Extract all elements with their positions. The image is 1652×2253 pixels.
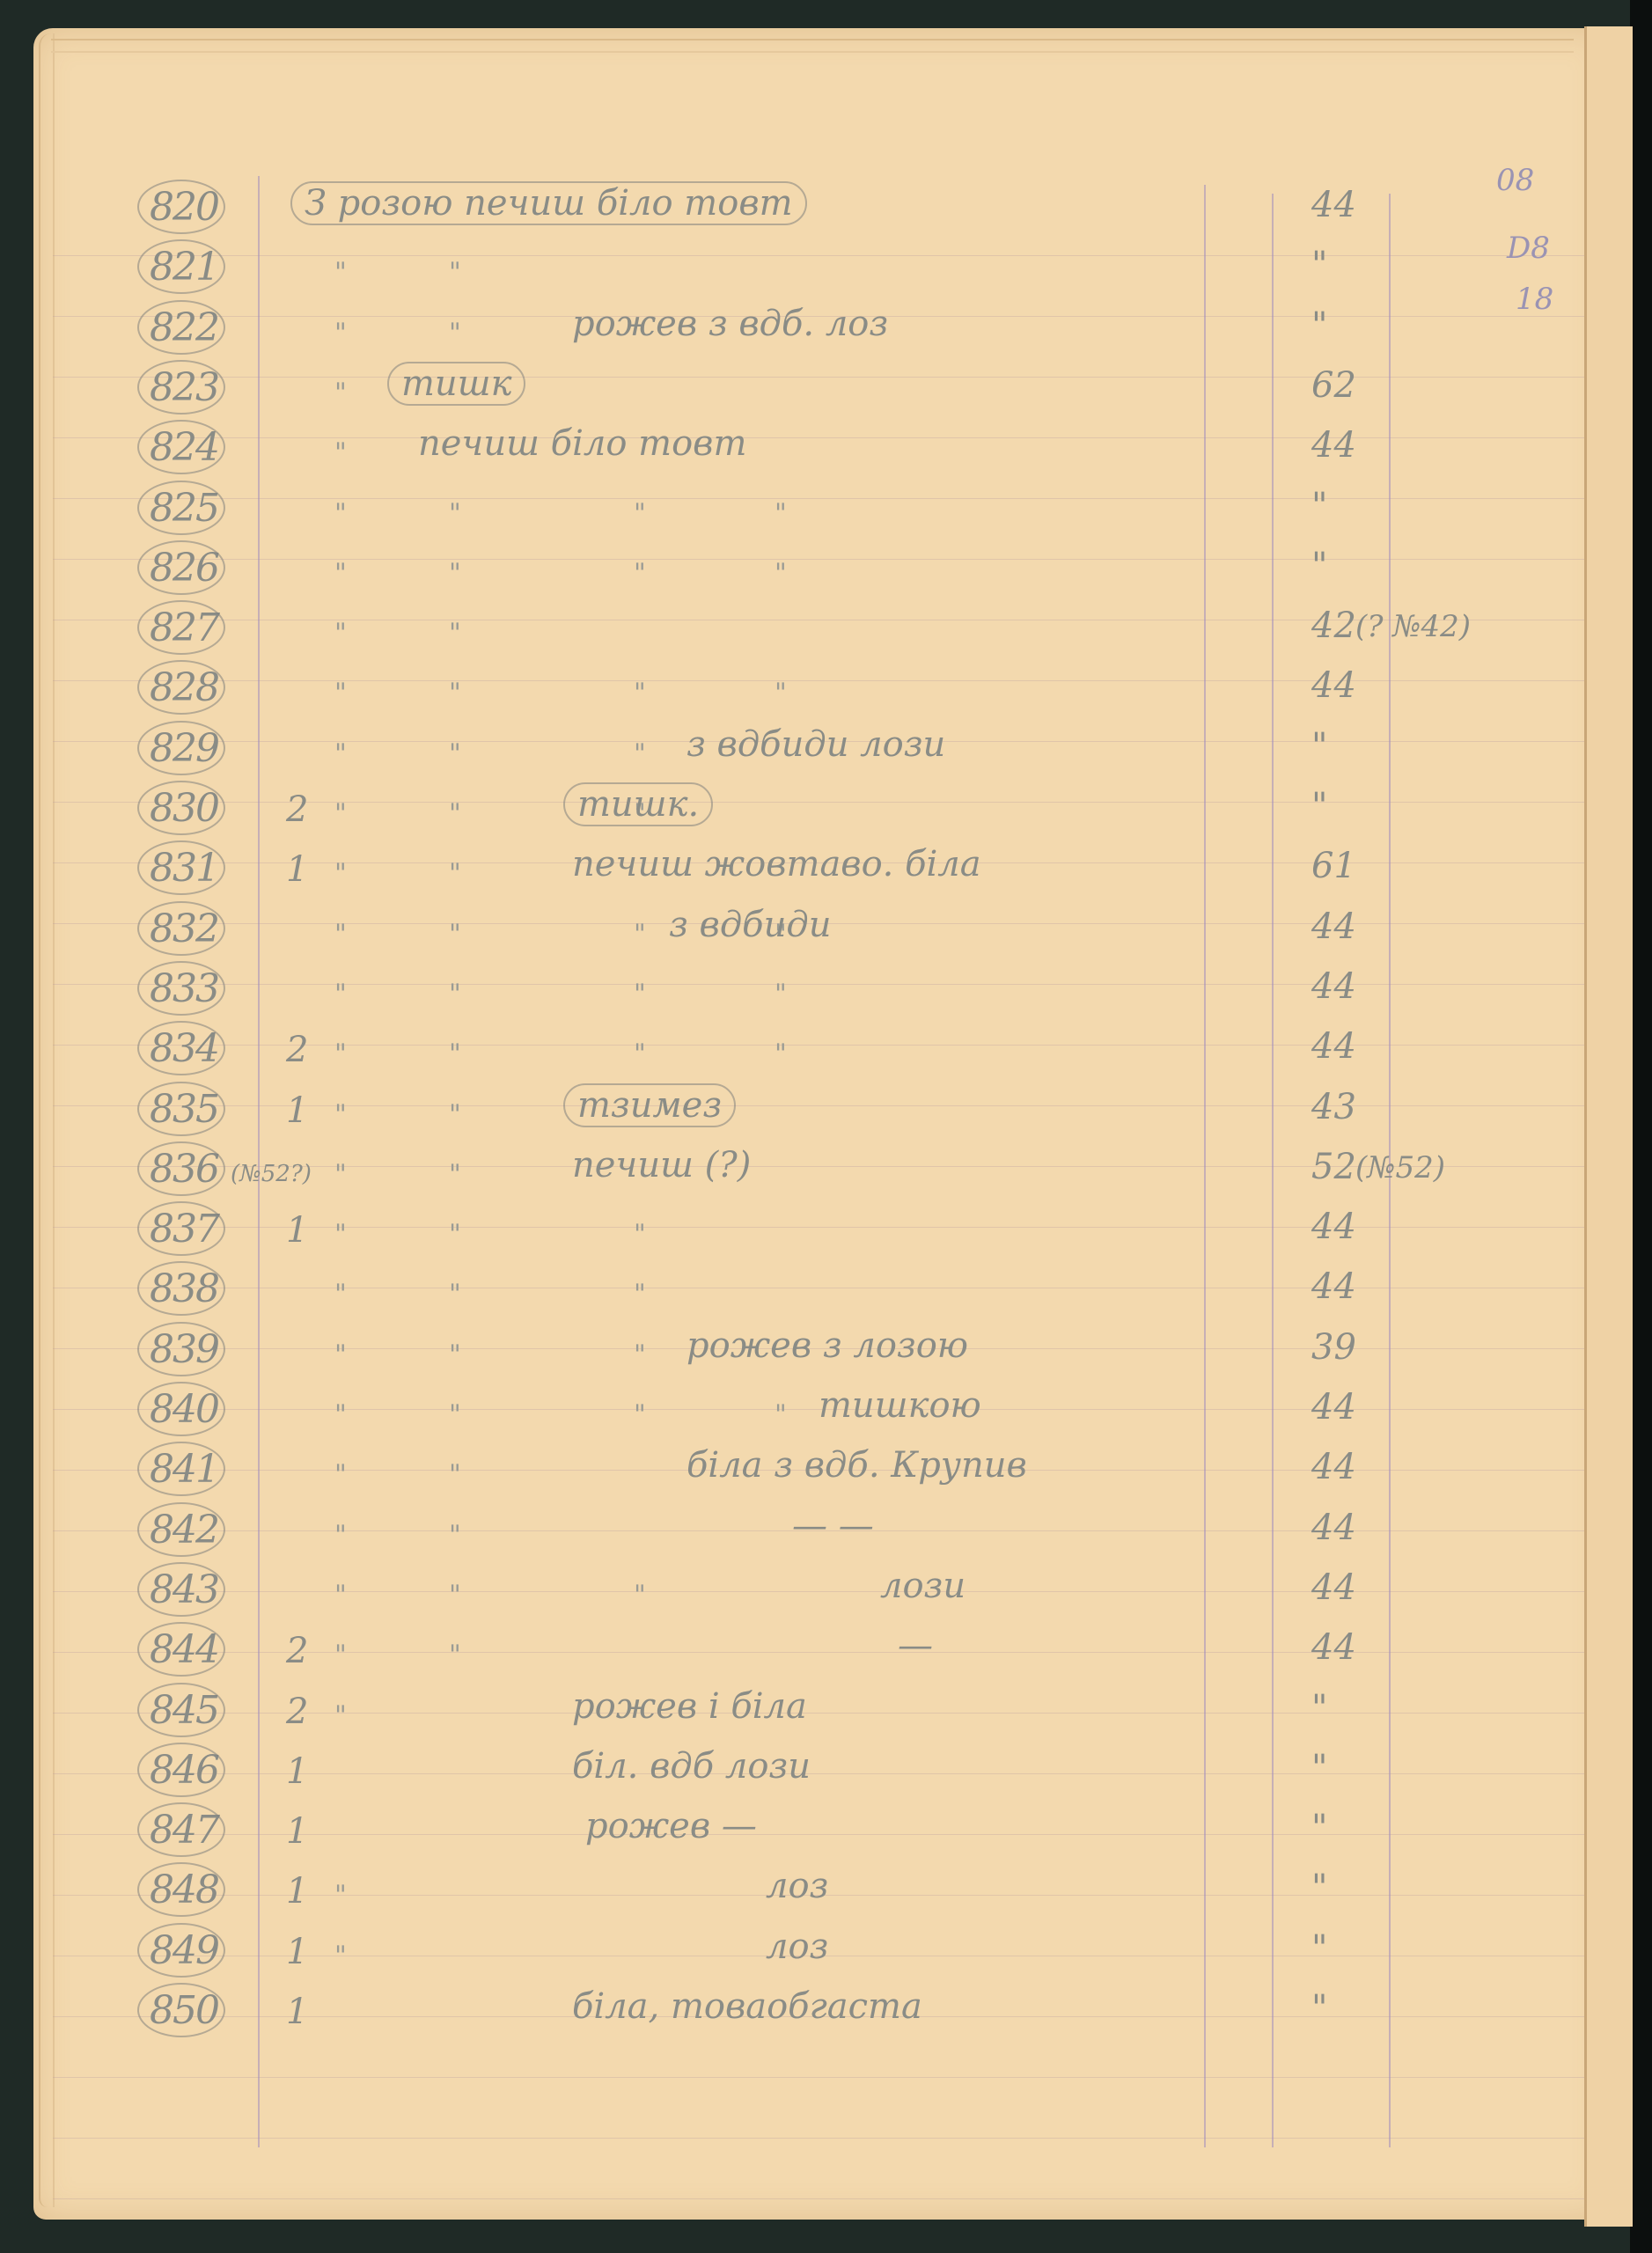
entry-value: 44	[1311, 906, 1356, 947]
entry-value: 44	[1311, 1207, 1356, 1247]
entry-number: 827	[150, 605, 218, 650]
ditto-mark: "	[334, 1038, 347, 1069]
entry-value: 44	[1311, 425, 1356, 466]
number-circle	[137, 1382, 225, 1436]
entry-description: —	[898, 1626, 933, 1666]
description-text: рожев і біла	[572, 1686, 807, 1727]
number-circle	[137, 1442, 225, 1496]
quantity: (№52?)	[231, 1161, 312, 1187]
ditto-mark: "	[449, 1520, 461, 1551]
entry-value: "	[1311, 1988, 1327, 2029]
ditto-mark: "	[449, 1038, 461, 1069]
description-text: печиш біло товт	[418, 423, 746, 464]
ditto-mark: "	[334, 858, 347, 889]
ditto-mark: "	[634, 738, 646, 769]
ditto-mark: "	[634, 558, 646, 589]
ditto-mark: "	[449, 678, 461, 708]
ditto-mark: "	[634, 1279, 646, 1310]
quantity: 1	[286, 849, 308, 890]
ditto-mark: "	[634, 498, 646, 529]
margin-mark: 08	[1496, 163, 1534, 198]
entry-value: "	[1311, 726, 1327, 767]
entry-description: З розою печиш біло товт	[290, 183, 807, 224]
ditto-mark: "	[334, 678, 347, 708]
entry-number: 835	[150, 1087, 218, 1132]
ditto-mark: "	[334, 378, 347, 408]
entry-number: 841	[150, 1447, 218, 1492]
number-circle	[137, 1802, 225, 1857]
ditto-mark: "	[775, 1038, 787, 1069]
entry-value: 44	[1311, 1447, 1356, 1487]
ditto-mark: "	[634, 919, 646, 950]
entry-number: 832	[150, 906, 218, 951]
number-circle	[137, 1683, 225, 1737]
description-text: біла з вдб. Крупив	[686, 1445, 1027, 1486]
entry-number: 823	[150, 365, 218, 410]
entry-number: 840	[150, 1387, 218, 1432]
ditto-mark: "	[449, 1580, 461, 1611]
entry-value: 44	[1311, 1508, 1356, 1548]
entry-description: тзимез	[563, 1085, 736, 1126]
number-circle	[137, 1201, 225, 1256]
entry-value: "	[1311, 786, 1327, 826]
ditto-mark: "	[449, 1159, 461, 1190]
entry-description: рожев —	[585, 1806, 757, 1846]
page-stack-edge-left	[39, 33, 55, 2207]
ditto-mark: "	[334, 1279, 347, 1310]
entry-number: 833	[150, 966, 218, 1011]
entry-description: печиш жовтаво. біла	[572, 844, 981, 884]
value-column-rule-left	[1204, 185, 1206, 2147]
entry-value: 43	[1311, 1087, 1356, 1127]
ditto-mark: "	[334, 498, 347, 529]
description-text: рожев —	[585, 1806, 757, 1846]
entry-number: 826	[150, 546, 218, 591]
ditto-mark: "	[334, 257, 347, 288]
entry-number: 843	[150, 1567, 218, 1612]
number-circle	[137, 901, 225, 956]
ditto-mark: "	[334, 318, 347, 349]
entry-value: 52	[1311, 1147, 1356, 1187]
number-circle	[137, 1082, 225, 1136]
entry-value: 42	[1311, 605, 1356, 646]
number-circle	[137, 300, 225, 355]
entry-value: 44	[1311, 1567, 1356, 1608]
entry-number: 820	[150, 185, 218, 230]
entry-number: 839	[150, 1327, 218, 1372]
entry-description: печиш (?)	[572, 1145, 751, 1185]
entry-value: 44	[1311, 185, 1356, 225]
number-circle	[137, 1322, 225, 1376]
entry-number: 845	[150, 1688, 218, 1733]
ditto-mark: "	[634, 1339, 646, 1370]
number-circle	[137, 1923, 225, 1978]
ditto-mark: "	[334, 1099, 347, 1130]
description-text: рожев з вдб. лоз	[572, 304, 888, 344]
description-text: —	[898, 1626, 933, 1666]
quantity: 1	[286, 1090, 308, 1131]
ditto-mark: "	[449, 1399, 461, 1430]
value-column-rule-mid	[1272, 194, 1274, 2147]
entry-number: 846	[150, 1748, 218, 1793]
entry-number: 844	[150, 1627, 218, 1672]
entry-number: 837	[150, 1207, 218, 1251]
entry-description: біл. вдб лози	[572, 1746, 811, 1787]
number-circle	[137, 781, 225, 835]
number-circle	[137, 1141, 225, 1196]
description-text: печиш жовтаво. біла	[572, 844, 981, 884]
ditto-mark: "	[334, 738, 347, 769]
description-text: тишк	[387, 362, 525, 406]
ditto-mark: "	[449, 1279, 461, 1310]
ditto-mark: "	[334, 1399, 347, 1430]
entry-value: 62	[1311, 365, 1356, 406]
description-text: тзимез	[563, 1083, 736, 1127]
ditto-mark: "	[334, 1219, 347, 1250]
entry-description: біла, товаобгаста	[572, 1986, 922, 2027]
number-circle	[137, 961, 225, 1016]
ruled-line	[53, 1834, 1584, 1835]
number-circle	[137, 540, 225, 595]
entry-value: "	[1311, 1928, 1327, 1969]
entry-description: печиш біло товт	[418, 423, 746, 464]
description-text: лоз	[766, 1866, 828, 1906]
ditto-mark: "	[334, 1941, 347, 1971]
ruled-line	[53, 802, 1584, 803]
number-circle	[137, 721, 225, 775]
ditto-mark: "	[334, 558, 347, 589]
number-circle	[137, 1862, 225, 1917]
entry-description: рожев з вдб. лоз	[572, 304, 888, 344]
number-circle	[137, 1622, 225, 1677]
ditto-mark: "	[449, 979, 461, 1009]
entry-value: 39	[1311, 1327, 1356, 1368]
number-circle	[137, 600, 225, 655]
entry-description: лоз	[766, 1926, 828, 1967]
entry-description: лози	[880, 1566, 966, 1606]
ditto-mark: "	[334, 1459, 347, 1490]
entry-value: "	[1311, 1688, 1327, 1728]
entry-number: 830	[150, 786, 218, 831]
ditto-mark: "	[449, 1640, 461, 1670]
ditto-mark: "	[634, 979, 646, 1009]
quantity: 2	[286, 1631, 308, 1671]
entry-value: "	[1311, 245, 1327, 285]
number-circle	[137, 840, 225, 895]
number-circle	[137, 1502, 225, 1557]
description-text: біла, товаобгаста	[572, 1986, 922, 2027]
ditto-mark: "	[775, 1399, 787, 1430]
entry-number: 824	[150, 425, 218, 470]
quantity: 2	[286, 789, 308, 830]
description-text: лози	[880, 1566, 966, 1606]
description-text: — —	[792, 1506, 874, 1546]
number-circle	[137, 1021, 225, 1075]
entry-description: тишк	[387, 363, 525, 404]
entry-number: 842	[150, 1508, 218, 1552]
entry-value: 44	[1311, 966, 1356, 1007]
ditto-mark: "	[775, 498, 787, 529]
ditto-mark: "	[775, 979, 787, 1009]
entry-description: з вдбиди	[669, 905, 831, 945]
entry-value: 61	[1311, 846, 1356, 886]
description-text: печиш (?)	[572, 1145, 751, 1185]
entry-number: 849	[150, 1928, 218, 1973]
ruled-line	[53, 255, 1584, 256]
description-text: тишк.	[563, 782, 713, 826]
ditto-mark: "	[449, 738, 461, 769]
ruled-line	[53, 1773, 1584, 1774]
ditto-mark: "	[334, 1640, 347, 1670]
entry-description: тишк.	[563, 784, 713, 825]
description-text: лоз	[766, 1926, 828, 1967]
entry-number: 825	[150, 486, 218, 531]
entry-value: 44	[1311, 1266, 1356, 1307]
ditto-mark: "	[449, 558, 461, 589]
quantity: 2	[286, 1692, 308, 1732]
entry-description: тишкою	[819, 1385, 981, 1426]
ditto-mark: "	[449, 1219, 461, 1250]
quantity: 1	[286, 1811, 308, 1852]
entry-number: 838	[150, 1266, 218, 1311]
entry-value: 44	[1311, 1026, 1356, 1067]
ditto-mark: "	[449, 858, 461, 889]
entry-number: 836	[150, 1147, 218, 1192]
ditto-mark: "	[775, 558, 787, 589]
entry-number: 847	[150, 1808, 218, 1853]
entry-value: "	[1311, 546, 1327, 586]
entry-value: 44	[1311, 665, 1356, 706]
margin-mark: 18	[1516, 282, 1553, 317]
ditto-mark: "	[634, 1580, 646, 1611]
ditto-mark: "	[334, 798, 347, 829]
description-text: тишкою	[819, 1385, 981, 1426]
number-circle	[137, 660, 225, 715]
ditto-mark: "	[334, 1880, 347, 1911]
ditto-mark: "	[449, 318, 461, 349]
number-circle	[137, 1562, 225, 1617]
ditto-mark: "	[334, 1339, 347, 1370]
entry-value: "	[1311, 1748, 1327, 1788]
description-text: з вдбиди лози	[686, 724, 945, 765]
number-circle	[137, 481, 225, 535]
entry-value: "	[1311, 1868, 1327, 1908]
ditto-mark: "	[634, 1038, 646, 1069]
entry-description: рожев і біла	[572, 1686, 807, 1727]
number-circle	[137, 360, 225, 415]
quantity: 1	[286, 1751, 308, 1792]
ruled-line	[53, 498, 1584, 499]
entry-number: 848	[150, 1868, 218, 1912]
ditto-mark: "	[334, 1520, 347, 1551]
description-text: з вдбиди	[669, 905, 831, 945]
number-circle	[137, 180, 225, 234]
quantity: 1	[286, 1992, 308, 2032]
description-text: З розою печиш біло товт	[290, 181, 807, 225]
page-stack-edge-top	[51, 39, 1574, 53]
ditto-mark: "	[634, 1219, 646, 1250]
entry-value: 44	[1311, 1387, 1356, 1427]
entry-description: з вдбиди лози	[686, 724, 945, 765]
entry-description: — —	[792, 1506, 874, 1546]
ditto-mark: "	[449, 618, 461, 649]
value-note: (№52)	[1355, 1150, 1445, 1185]
number-circle	[137, 1983, 225, 2037]
ditto-mark: "	[634, 1399, 646, 1430]
ditto-mark: "	[449, 498, 461, 529]
ditto-mark: "	[449, 257, 461, 288]
ruled-line	[53, 1713, 1584, 1714]
ruled-line	[53, 559, 1584, 560]
ditto-mark: "	[634, 678, 646, 708]
number-circle	[137, 239, 225, 294]
entry-number: 822	[150, 305, 218, 350]
quantity: 2	[286, 1030, 308, 1070]
ditto-mark: "	[449, 798, 461, 829]
entry-number: 831	[150, 846, 218, 891]
entry-number: 850	[150, 1988, 218, 2033]
ditto-mark: "	[449, 1099, 461, 1130]
entry-value: "	[1311, 486, 1327, 526]
value-note: (? №42)	[1355, 609, 1471, 644]
ditto-mark: "	[334, 437, 347, 468]
entry-value: "	[1311, 1808, 1327, 1848]
ditto-mark: "	[334, 1580, 347, 1611]
description-text: біл. вдб лози	[572, 1746, 811, 1787]
ditto-mark: "	[334, 618, 347, 649]
ditto-mark: "	[334, 1159, 347, 1190]
entry-description: біла з вдб. Крупив	[686, 1445, 1027, 1486]
entry-value: 44	[1311, 1627, 1356, 1668]
ditto-mark: "	[449, 1459, 461, 1490]
ruled-line	[53, 2198, 1584, 2199]
entry-value: "	[1311, 305, 1327, 346]
description-text: рожев з лозою	[686, 1325, 968, 1366]
quantity: 1	[286, 1932, 308, 1972]
number-circle	[137, 1743, 225, 1797]
binding-fold	[1584, 26, 1633, 2227]
entry-number: 828	[150, 665, 218, 710]
entry-description: рожев з лозою	[686, 1325, 968, 1366]
entry-description: лоз	[766, 1866, 828, 1906]
ditto-mark: "	[775, 678, 787, 708]
quantity: 1	[286, 1871, 308, 1912]
number-circle	[137, 1261, 225, 1316]
entry-number: 834	[150, 1026, 218, 1071]
ruled-line	[53, 2077, 1584, 2078]
quantity: 1	[286, 1210, 308, 1251]
ditto-mark: "	[334, 1700, 347, 1731]
background-edge	[1630, 0, 1652, 2253]
ditto-mark: "	[334, 919, 347, 950]
ditto-mark: "	[334, 979, 347, 1009]
ditto-mark: "	[449, 919, 461, 950]
margin-mark: D8	[1507, 231, 1550, 266]
entry-number: 821	[150, 245, 218, 290]
entry-number: 829	[150, 726, 218, 771]
ditto-mark: "	[449, 1339, 461, 1370]
number-circle	[137, 420, 225, 474]
ruled-line	[53, 2138, 1584, 2139]
